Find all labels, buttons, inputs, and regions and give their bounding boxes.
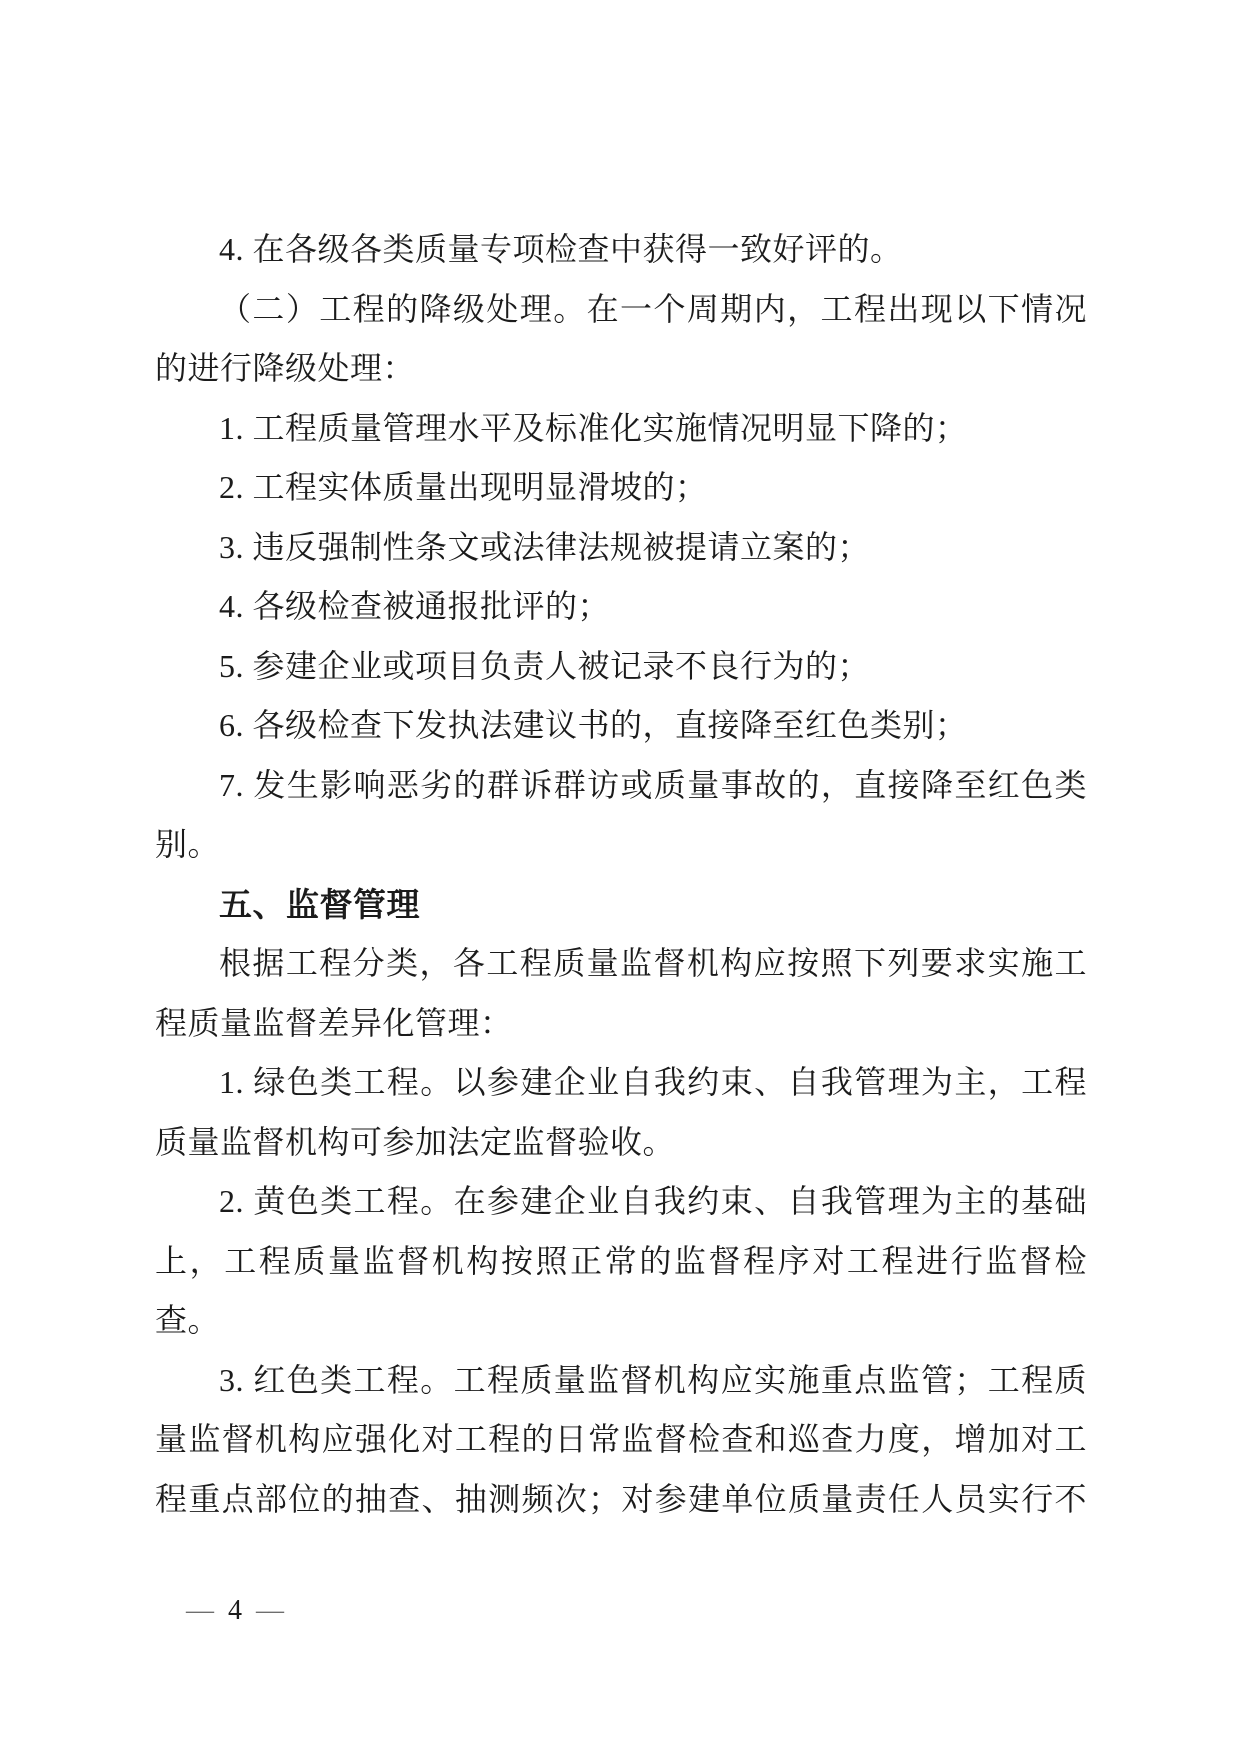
doc-line: 别。	[155, 815, 1087, 875]
page-number: 4	[228, 1595, 242, 1626]
doc-line: 3. 红色类工程。工程质量监督机构应实施重点监管；工程质	[155, 1351, 1087, 1411]
document-page: 4. 在各级各类质量专项检查中获得一致好评的。 （二）工程的降级处理。在一个周期…	[0, 0, 1241, 1755]
doc-line: 上，工程质量监督机构按照正常的监督程序对工程进行监督检	[155, 1232, 1087, 1292]
doc-line: 程重点部位的抽查、抽测频次；对参建单位质量责任人员实行不	[155, 1470, 1087, 1530]
page-number-dash-right: —	[256, 1595, 284, 1626]
doc-line: 1. 工程质量管理水平及标准化实施情况明显下降的；	[155, 399, 1087, 459]
document-body: 4. 在各级各类质量专项检查中获得一致好评的。 （二）工程的降级处理。在一个周期…	[155, 220, 1087, 1529]
doc-line: 4. 在各级各类质量专项检查中获得一致好评的。	[155, 220, 1087, 280]
page-footer: —4—	[186, 1594, 284, 1628]
doc-line: 质量监督机构可参加法定监督验收。	[155, 1113, 1087, 1173]
doc-line: 1. 绿色类工程。以参建企业自我约束、自我管理为主，工程	[155, 1053, 1087, 1113]
doc-line: 2. 工程实体质量出现明显滑坡的；	[155, 458, 1087, 518]
doc-line: （二）工程的降级处理。在一个周期内，工程出现以下情况	[155, 280, 1087, 340]
doc-line: 的进行降级处理：	[155, 339, 1087, 399]
doc-line: 2. 黄色类工程。在参建企业自我约束、自我管理为主的基础	[155, 1172, 1087, 1232]
page-number-dash-left: —	[186, 1595, 214, 1626]
doc-line: 根据工程分类，各工程质量监督机构应按照下列要求实施工	[155, 934, 1087, 994]
doc-line: 5. 参建企业或项目负责人被记录不良行为的；	[155, 637, 1087, 697]
doc-line: 7. 发生影响恶劣的群诉群访或质量事故的，直接降至红色类	[155, 756, 1087, 816]
doc-line: 查。	[155, 1291, 1087, 1351]
doc-line: 4. 各级检查被通报批评的；	[155, 577, 1087, 637]
doc-line: 程质量监督差异化管理：	[155, 994, 1087, 1054]
doc-line: 量监督机构应强化对工程的日常监督检查和巡查力度，增加对工	[155, 1410, 1087, 1470]
doc-line: 3. 违反强制性条文或法律法规被提请立案的；	[155, 518, 1087, 578]
section-heading-line: 五、监督管理	[155, 875, 1087, 935]
doc-line: 6. 各级检查下发执法建议书的，直接降至红色类别；	[155, 696, 1087, 756]
